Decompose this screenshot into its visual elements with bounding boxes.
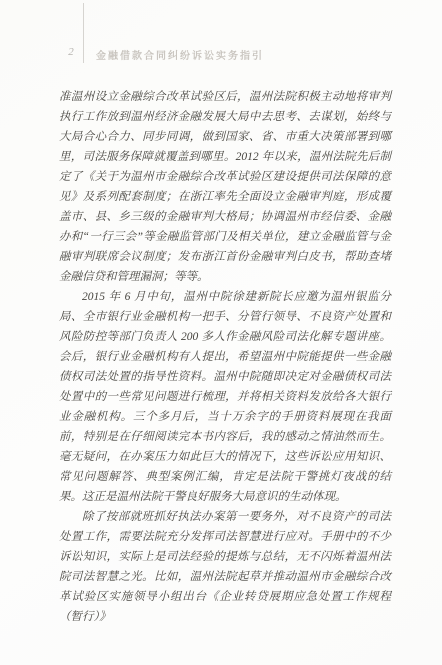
body-paragraph-2: 2015 年 6 月中旬，温州中院徐建新院长应邀为温州银监分局、全市银行业金融机… (59, 287, 391, 507)
page-body: 准温州设立金融综合改革试验区后，温州法院积极主动地将审判执行工作放到温州经济金融… (59, 87, 391, 627)
book-page: 2 金融借款合同纠纷诉讼实务指引 准温州设立金融综合改革试验区后，温州法院积极主… (0, 0, 442, 665)
body-paragraph-1: 准温州设立金融综合改革试验区后，温州法院积极主动地将审判执行工作放到温州经济金融… (59, 87, 391, 287)
header-divider-rule (83, 3, 84, 63)
page-number: 2 (63, 46, 79, 58)
running-head-title: 金融借款合同纠纷诉讼实务指引 (96, 47, 264, 62)
body-paragraph-3: 除了按部就班抓好执法办案第一要务外，对不良资产的司法处置工作，需要法院充分发挥司… (59, 507, 391, 627)
